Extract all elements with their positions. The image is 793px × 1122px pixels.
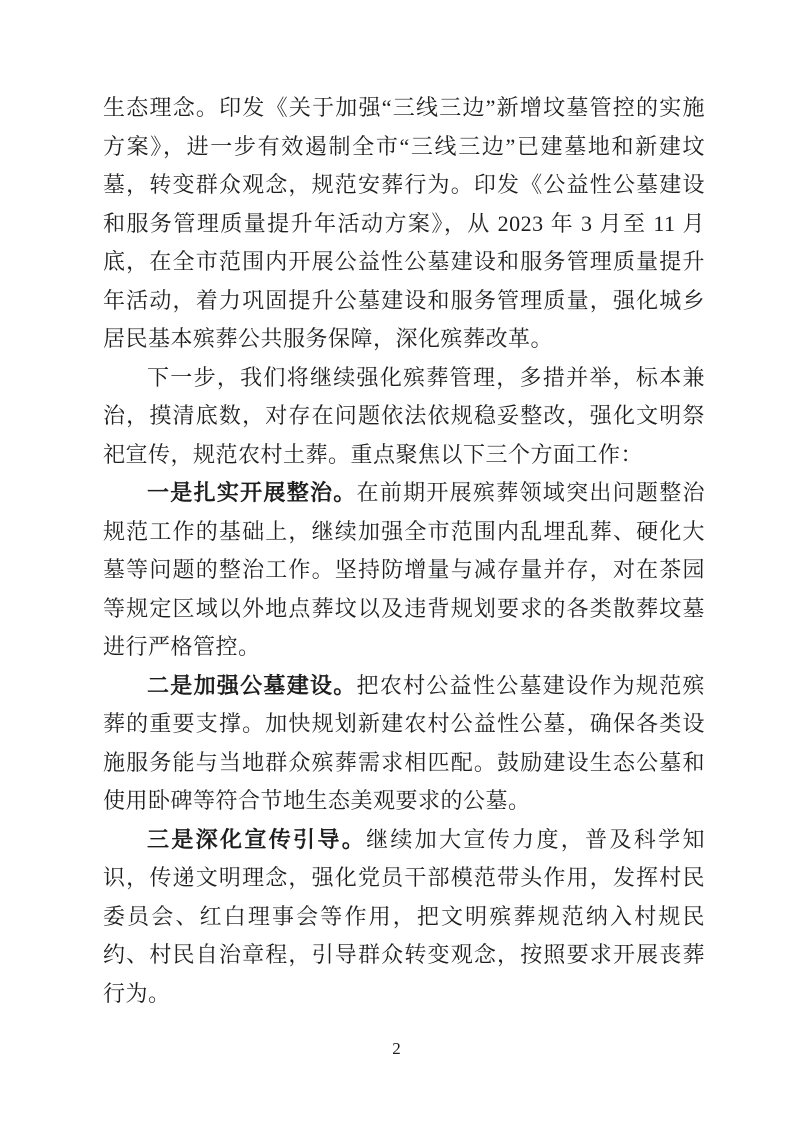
paragraph-lead: 一是扎实开展整治。 (147, 480, 357, 505)
page-number: 2 (0, 1038, 793, 1060)
paragraph: 下一步，我们将继续强化殡葬管理，多措并举，标本兼治，摸清底数，对存在问题依法依规… (103, 359, 705, 475)
paragraph: 一是扎实开展整治。在前期开展殡葬领域突出问题整治规范工作的基础上，继续加强全市范… (103, 474, 705, 667)
document-body: 生态理念。印发《关于加强“三线三边”新增坟墓管控的实施方案》，进一步有效遏制全市… (103, 89, 705, 1013)
paragraph-lead: 二是加强公墓建设。 (147, 673, 357, 698)
document-page: 生态理念。印发《关于加强“三线三边”新增坟墓管控的实施方案》，进一步有效遏制全市… (0, 0, 793, 1122)
paragraph-text: 在前期开展殡葬领域突出问题整治规范工作的基础上，继续加强全市范围内乱埋乱葬、硬化… (103, 480, 705, 659)
paragraph: 三是深化宣传引导。继续加大宣传力度，普及科学知识，传递文明理念，强化党员干部模范… (103, 821, 705, 1014)
paragraph-text: 继续加大宣传力度，普及科学知识，传递文明理念，强化党员干部模范带头作用，发挥村民… (103, 827, 705, 1006)
paragraph: 生态理念。印发《关于加强“三线三边”新增坟墓管控的实施方案》，进一步有效遏制全市… (103, 89, 705, 359)
paragraph-lead: 三是深化宣传引导。 (147, 827, 366, 852)
paragraph-text: 下一步，我们将继续强化殡葬管理，多措并举，标本兼治，摸清底数，对存在问题依法依规… (103, 365, 705, 467)
paragraph: 二是加强公墓建设。把农村公益性公墓建设作为规范殡葬的重要支撑。加快规划新建农村公… (103, 667, 705, 821)
paragraph-text: 生态理念。印发《关于加强“三线三边”新增坟墓管控的实施方案》，进一步有效遏制全市… (103, 95, 705, 351)
